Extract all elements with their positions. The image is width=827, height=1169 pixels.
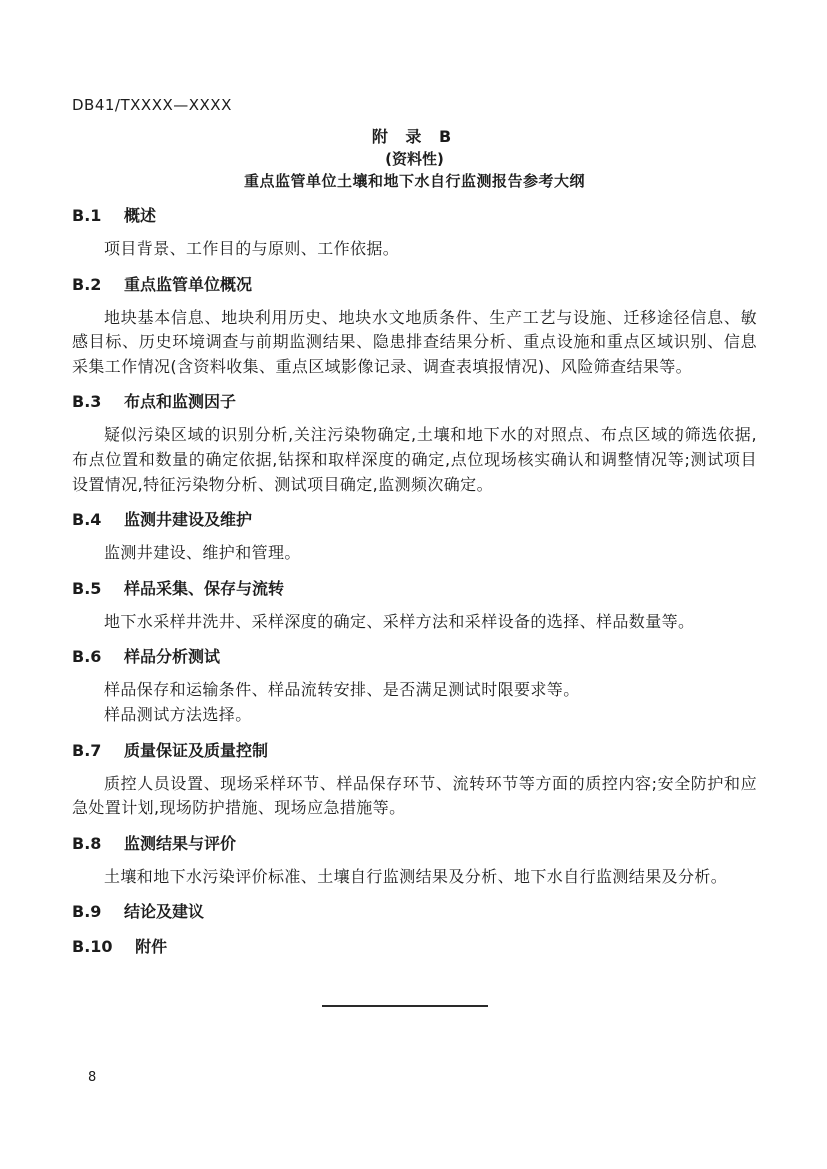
paragraph: 样品保存和运输条件、样品流转安排、是否满足测试时限要求等。 [72, 678, 757, 703]
paragraph: 疑似污染区域的识别分析,关注污染物确定,土壤和地下水的对照点、布点区域的筛选依据… [72, 423, 757, 497]
section: B.2 重点监管单位概况 地块基本信息、地块利用历史、地块水文地质条件、生产工艺… [72, 273, 757, 380]
end-of-document-rule [322, 1005, 488, 1007]
section-paragraphs: 疑似污染区域的识别分析,关注污染物确定,土壤和地下水的对照点、布点区域的筛选依据… [72, 423, 757, 497]
section-title: 结论及建议 [124, 900, 204, 924]
page-content: DB41/TXXXX—XXXX 附 录 B (资料性) 重点监管单位土壤和地下水… [72, 96, 757, 1007]
section-heading: B.2 重点监管单位概况 [72, 273, 757, 297]
section-title: 重点监管单位概况 [124, 273, 252, 297]
appendix-type-label: (资料性) [72, 148, 757, 170]
section-number: B.9 [72, 900, 101, 924]
section-number: B.3 [72, 390, 101, 414]
section-paragraphs: 土壤和地下水污染评价标准、土壤自行监测结果及分析、地下水自行监测结果及分析。 [72, 865, 757, 890]
section-title: 样品分析测试 [124, 645, 220, 669]
section-paragraphs: 样品保存和运输条件、样品流转安排、是否满足测试时限要求等。样品测试方法选择。 [72, 678, 757, 727]
section: B.9 结论及建议 [72, 900, 757, 924]
section-number: B.4 [72, 508, 101, 532]
document-code: DB41/TXXXX—XXXX [72, 96, 757, 114]
paragraph: 地块基本信息、地块利用历史、地块水文地质条件、生产工艺与设施、迁移途径信息、敏感… [72, 306, 757, 380]
paragraph: 项目背景、工作目的与原则、工作依据。 [72, 237, 757, 262]
section-heading: B.10 附件 [72, 935, 757, 959]
section-heading: B.6 样品分析测试 [72, 645, 757, 669]
appendix-subtitle: 重点监管单位土壤和地下水自行监测报告参考大纲 [72, 170, 757, 193]
section: B.3 布点和监测因子 疑似污染区域的识别分析,关注污染物确定,土壤和地下水的对… [72, 390, 757, 497]
paragraph: 质控人员设置、现场采样环节、样品保存环节、流转环节等方面的质控内容;安全防护和应… [72, 772, 757, 821]
section-paragraphs: 质控人员设置、现场采样环节、样品保存环节、流转环节等方面的质控内容;安全防护和应… [72, 772, 757, 821]
section-number: B.6 [72, 645, 101, 669]
sections: B.1 概述 项目背景、工作目的与原则、工作依据。 B.2 重点监管单位概况 地… [72, 204, 757, 959]
section-number: B.10 [72, 935, 113, 959]
section-title: 附件 [135, 935, 167, 959]
section-title: 布点和监测因子 [124, 390, 236, 414]
section: B.10 附件 [72, 935, 757, 959]
section: B.4 监测井建设及维护 监测井建设、维护和管理。 [72, 508, 757, 566]
section-paragraphs: 地块基本信息、地块利用历史、地块水文地质条件、生产工艺与设施、迁移途径信息、敏感… [72, 306, 757, 380]
section-title: 样品采集、保存与流转 [124, 577, 284, 601]
section-heading: B.5 样品采集、保存与流转 [72, 577, 757, 601]
paragraph: 监测井建设、维护和管理。 [72, 541, 757, 566]
section-heading: B.3 布点和监测因子 [72, 390, 757, 414]
section-heading: B.9 结论及建议 [72, 900, 757, 924]
section-title: 监测井建设及维护 [124, 508, 252, 532]
appendix-title: 附 录 B [72, 126, 757, 148]
section: B.5 样品采集、保存与流转 地下水采样井洗井、采样深度的确定、采样方法和采样设… [72, 577, 757, 635]
paragraph: 地下水采样井洗井、采样深度的确定、采样方法和采样设备的选择、样品数量等。 [72, 610, 757, 635]
appendix-title-block: 附 录 B (资料性) 重点监管单位土壤和地下水自行监测报告参考大纲 [72, 126, 757, 193]
section-paragraphs: 项目背景、工作目的与原则、工作依据。 [72, 237, 757, 262]
section-title: 质量保证及质量控制 [124, 739, 268, 763]
paragraph: 土壤和地下水污染评价标准、土壤自行监测结果及分析、地下水自行监测结果及分析。 [72, 865, 757, 890]
section: B.6 样品分析测试 样品保存和运输条件、样品流转安排、是否满足测试时限要求等。… [72, 645, 757, 727]
document-page: DB41/TXXXX—XXXX 附 录 B (资料性) 重点监管单位土壤和地下水… [0, 0, 827, 1169]
section-heading: B.4 监测井建设及维护 [72, 508, 757, 532]
section: B.7 质量保证及质量控制 质控人员设置、现场采样环节、样品保存环节、流转环节等… [72, 739, 757, 821]
section-heading: B.7 质量保证及质量控制 [72, 739, 757, 763]
page-number: 8 [88, 1070, 96, 1085]
section: B.1 概述 项目背景、工作目的与原则、工作依据。 [72, 204, 757, 262]
section-number: B.1 [72, 204, 101, 228]
section-number: B.8 [72, 832, 101, 856]
section-number: B.5 [72, 577, 101, 601]
section-number: B.7 [72, 739, 101, 763]
section-heading: B.8 监测结果与评价 [72, 832, 757, 856]
section-title: 概述 [124, 204, 156, 228]
section-heading: B.1 概述 [72, 204, 757, 228]
section-title: 监测结果与评价 [124, 832, 236, 856]
section-paragraphs: 地下水采样井洗井、采样深度的确定、采样方法和采样设备的选择、样品数量等。 [72, 610, 757, 635]
section-number: B.2 [72, 273, 101, 297]
section-paragraphs: 监测井建设、维护和管理。 [72, 541, 757, 566]
section: B.8 监测结果与评价 土壤和地下水污染评价标准、土壤自行监测结果及分析、地下水… [72, 832, 757, 890]
paragraph: 样品测试方法选择。 [72, 703, 757, 728]
